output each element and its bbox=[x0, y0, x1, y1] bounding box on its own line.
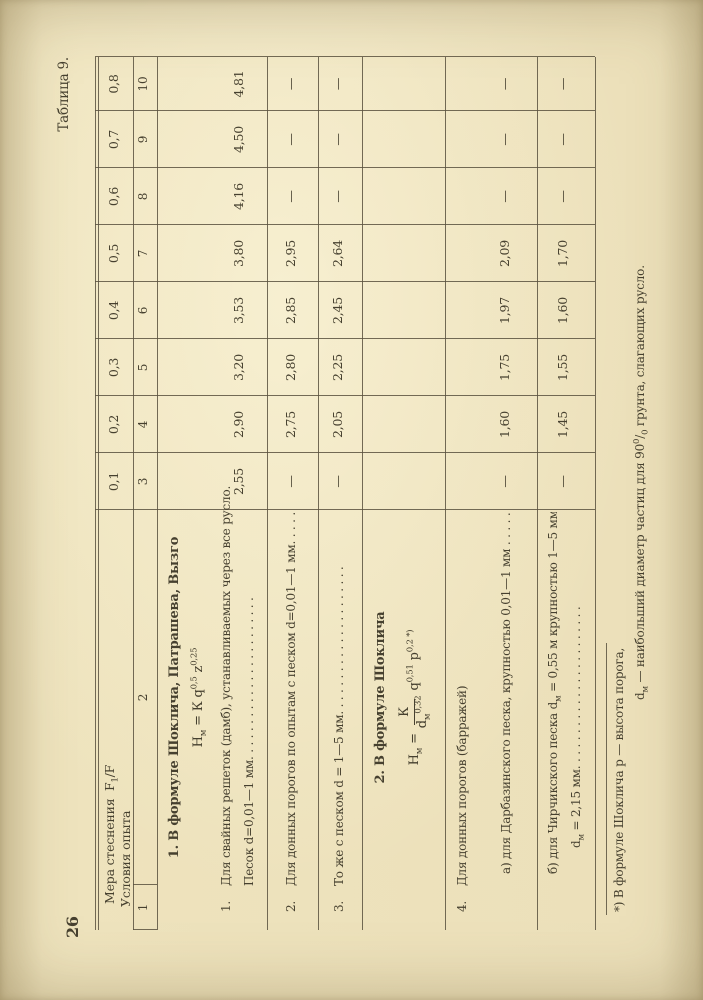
rowb-d-sub: м bbox=[553, 696, 560, 702]
row-number: 2. bbox=[285, 886, 299, 912]
row-a-rule bbox=[537, 57, 538, 930]
f2-H: Н bbox=[407, 754, 422, 765]
measure-text: Мера стеснения bbox=[102, 799, 117, 904]
col-number: 5 bbox=[137, 339, 151, 396]
value-cell: — bbox=[498, 168, 512, 225]
row-number: 1. bbox=[220, 886, 234, 912]
f2-d: d bbox=[415, 720, 430, 728]
value-cell: 2,64 bbox=[331, 225, 345, 282]
section1-formula: Нм = К q0,5 z0,25 bbox=[192, 510, 207, 885]
value-cell: 2,55 bbox=[232, 453, 246, 510]
row-number: 3. bbox=[333, 886, 347, 912]
value-cell: 3,80 bbox=[232, 225, 246, 282]
value-cell: — bbox=[556, 168, 570, 225]
value-cell: 2,75 bbox=[284, 396, 298, 453]
row-label-line: То же с песком d = 1—5 мм. . . . . . . .… bbox=[333, 512, 347, 886]
page-number: 26 bbox=[64, 916, 82, 938]
row-label-line: dм = 2,15 мм. . . . . . . . . . . . . . … bbox=[570, 512, 584, 848]
rowb2-d: d bbox=[570, 841, 583, 848]
value-cell: 4,81 bbox=[232, 57, 246, 111]
value-cell: — bbox=[284, 168, 298, 225]
section2-rule bbox=[445, 57, 446, 930]
col-number: 8 bbox=[137, 168, 151, 225]
header-row-rule bbox=[133, 57, 134, 930]
f2-q: q bbox=[407, 682, 422, 690]
fn-percent-sup: 0 bbox=[632, 439, 642, 444]
fn-percent-slash: / bbox=[633, 435, 647, 439]
f1-q-exp: 0,5 bbox=[190, 676, 200, 689]
value-cell: 2,25 bbox=[331, 339, 345, 396]
value-cell: — bbox=[498, 453, 512, 510]
row-label-line: б) для Чирчикского песка dм = 0,55 м кру… bbox=[547, 512, 561, 874]
row-label-line: Для донных порогов по опытам с песком d=… bbox=[285, 512, 299, 886]
col-header: 0,5 bbox=[107, 225, 121, 282]
value-cell: 1,60 bbox=[498, 396, 512, 453]
value-cell: — bbox=[556, 111, 570, 168]
fn-d: d bbox=[633, 693, 647, 700]
value-cell: 2,45 bbox=[331, 282, 345, 339]
value-cell: — bbox=[331, 453, 345, 510]
col-header: 0,1 bbox=[107, 453, 121, 510]
value-cell: 2,90 bbox=[232, 396, 246, 453]
fraction-rest: /F bbox=[102, 765, 117, 778]
row3-rule bbox=[362, 57, 363, 930]
f2-q-exp: 0,51 bbox=[406, 664, 416, 682]
fraction-sub: 1 bbox=[111, 777, 121, 782]
f2-tail: q0,51 p0,2 *) bbox=[407, 630, 422, 691]
col-number-num: 1 bbox=[137, 885, 151, 930]
value-cell: 2,95 bbox=[284, 225, 298, 282]
value-cell: 4,16 bbox=[232, 168, 246, 225]
row-label-line: Песок d=0,01—1 мм. . . . . . . . . . . .… bbox=[243, 512, 257, 886]
f1-z-exp: 0,25 bbox=[190, 648, 200, 666]
f2-numerator: К bbox=[398, 699, 415, 725]
value-cell: 1,70 bbox=[556, 225, 570, 282]
value-cell: — bbox=[498, 57, 512, 111]
f1-H: Н bbox=[191, 736, 206, 747]
row1-rule bbox=[267, 57, 268, 930]
col-header: 0,6 bbox=[107, 168, 121, 225]
value-cell: — bbox=[556, 453, 570, 510]
value-cell: — bbox=[284, 57, 298, 111]
value-cell: — bbox=[556, 57, 570, 111]
value-cell: 1,75 bbox=[498, 339, 512, 396]
row-label-line: Для свайных решеток (дамб), устанавливае… bbox=[220, 486, 234, 886]
value-cell: — bbox=[331, 57, 345, 111]
value-cell: 2,05 bbox=[331, 396, 345, 453]
footnote-rule bbox=[606, 643, 607, 915]
f1-mid: = К q bbox=[191, 689, 206, 729]
col-header: 0,4 bbox=[107, 282, 121, 339]
value-cell: — bbox=[331, 111, 345, 168]
col-number-cond: 2 bbox=[137, 510, 151, 885]
table-bottom-rule bbox=[595, 57, 596, 930]
value-cell: — bbox=[498, 111, 512, 168]
col-number: 6 bbox=[137, 282, 151, 339]
value-cell: 2,85 bbox=[284, 282, 298, 339]
f2-d-sub: м bbox=[423, 714, 433, 720]
row-label-line: а) для Дарбазинского песка, крупностью 0… bbox=[500, 512, 514, 874]
fn-percent-sub: 0 bbox=[640, 430, 650, 435]
col-header: 0,3 bbox=[107, 339, 121, 396]
rowb2-d-sub: м bbox=[576, 834, 583, 840]
col-header: 0,2 bbox=[107, 396, 121, 453]
value-cell: 1,55 bbox=[556, 339, 570, 396]
f2-lhs: Нм = bbox=[407, 733, 422, 765]
table-top-rule-inner bbox=[98, 57, 99, 930]
value-cell: 1,45 bbox=[556, 396, 570, 453]
col-number: 3 bbox=[137, 453, 151, 510]
value-cell: 3,20 bbox=[232, 339, 246, 396]
f2-p-exp: 0,2 *) bbox=[406, 630, 416, 653]
f2-denominator: dм0,32 bbox=[415, 696, 431, 729]
rowb-post: = 0,55 м крупностью 1—5 мм bbox=[547, 512, 560, 696]
f2-eq: = bbox=[407, 733, 422, 748]
fraction-f: F bbox=[102, 783, 117, 791]
f1-z: z bbox=[191, 666, 206, 677]
rotated-table-content: 26 Таблица 9. Мера стеснения F1/F Услови… bbox=[0, 0, 703, 1000]
value-cell: — bbox=[284, 453, 298, 510]
col-number: 10 bbox=[137, 57, 151, 111]
table-caption: Таблица 9. bbox=[57, 57, 73, 200]
corner-conditions-label: Условия опыта bbox=[119, 811, 133, 907]
section2-title: 2. В формуле Шоклича bbox=[374, 510, 389, 885]
fn-mid: — наибольший диаметр частиц для 90 bbox=[633, 444, 647, 686]
footnote-line1: *) В формуле Шоклича p — высота порога, bbox=[613, 648, 627, 912]
value-cell: 3,53 bbox=[232, 282, 246, 339]
col-number: 7 bbox=[137, 225, 151, 282]
f1-H-sub: м bbox=[199, 730, 209, 736]
row-label-line: Для донных порогов (барражей) bbox=[456, 686, 470, 886]
row2-rule bbox=[318, 57, 319, 930]
col-number: 9 bbox=[137, 111, 151, 168]
f2-p: p bbox=[407, 652, 422, 664]
section2-formula: Нм =Кdм0,32q0,51 p0,2 *) bbox=[398, 510, 431, 885]
section1-title: 1. В формуле Шоклича, Патрашева, Вызго bbox=[168, 510, 183, 885]
rowb2-post: = 2,15 мм. . . . . . . . . . . . . . . .… bbox=[570, 607, 583, 835]
value-cell: — bbox=[331, 168, 345, 225]
fn-d-sub: м bbox=[640, 686, 650, 692]
value-cell: 1,60 bbox=[556, 282, 570, 339]
rowb-pre: б) для Чирчикского песка d bbox=[547, 702, 560, 874]
value-cell: 2,09 bbox=[498, 225, 512, 282]
f2-fraction: Кdм0,32 bbox=[398, 696, 431, 729]
f2-H-sub: м bbox=[415, 748, 425, 754]
fn-end: грунта, слагающих русло. bbox=[633, 265, 647, 430]
col-number: 4 bbox=[137, 396, 151, 453]
corner-measure-label: Мера стеснения F1/F bbox=[103, 765, 117, 904]
footnote-line2: dм — наибольший диаметр частиц для 900/0… bbox=[634, 265, 648, 700]
scanned-book-page: 26 Таблица 9. Мера стеснения F1/F Услови… bbox=[0, 0, 703, 1000]
f2-d-exp: 0,32 bbox=[414, 696, 424, 714]
value-cell: — bbox=[284, 111, 298, 168]
value-cell: 2,80 bbox=[284, 339, 298, 396]
value-cell: 4,50 bbox=[232, 111, 246, 168]
table-top-rule-outer bbox=[95, 57, 96, 930]
numbers-row-rule bbox=[157, 57, 158, 930]
col-header: 0,8 bbox=[107, 57, 121, 111]
row-number: 4. bbox=[456, 886, 470, 912]
value-cell: 1,97 bbox=[498, 282, 512, 339]
col-header: 0,7 bbox=[107, 111, 121, 168]
